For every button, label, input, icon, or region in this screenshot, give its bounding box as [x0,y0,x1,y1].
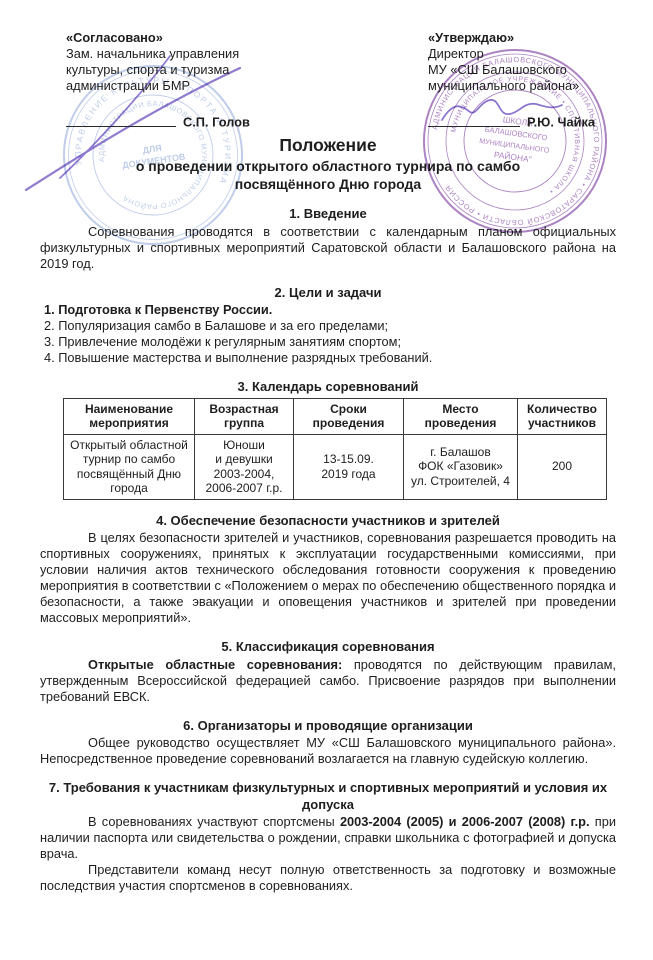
section-heading: 3. Календарь соревнований [40,379,616,396]
document-title: Положение [40,134,616,156]
paragraph: В целях безопасности зрителей и участник… [40,530,616,626]
paragraph: Общее руководство осуществляет МУ «СШ Ба… [40,735,616,767]
approval-line: МУ «СШ Балашовского [428,62,628,78]
paragraph: Открытые областные соревнования: проводя… [40,657,616,705]
approval-line: администрации БМР [66,78,276,94]
approval-line: муниципального района» [428,78,628,94]
section-calendar: 3. Календарь соревнований Наименование м… [40,379,616,500]
section-heading: 7. Требования к участникам физкультурных… [40,780,616,813]
column-header: Наименование мероприятия [64,398,195,434]
signature-row: Р.Ю. Чайка [428,114,628,131]
table-header-row: Наименование мероприятия Возрастная груп… [64,398,607,434]
section-heading: 5. Классификация соревнования [40,639,616,656]
section-participants: 7. Требования к участникам физкультурных… [40,780,616,894]
table-row: Открытый областной турнир по самбо посвя… [64,434,607,499]
signature-line [66,114,176,127]
section-safety: 4. Обеспечение безопасности участников и… [40,513,616,627]
signer-name: Р.Ю. Чайка [527,115,595,130]
table-cell: г. Балашов ФОК «Газовик» ул. Строителей,… [404,434,518,499]
signature-row: С.П. Голов [66,114,276,131]
column-header: Возрастная группа [195,398,294,434]
section-organizers: 6. Организаторы и проводящие организации… [40,718,616,768]
goal-item: 4. Повышение мастерства и выполнение раз… [40,350,616,366]
goal-item: 3. Привлечение молодёжи к регулярным зан… [40,334,616,350]
table-cell: Юноши и девушки 2003-2004, 2006-2007 г.р… [195,434,294,499]
paragraph-bold-run: 2003-2004 (2005) и 2006-2007 (2008) г.р. [340,814,590,829]
approval-line: Зам. начальника управления [66,46,276,62]
table-cell: 13-15.09. 2019 года [294,434,404,499]
approvals-header: «Согласовано» Зам. начальника управления… [40,30,616,126]
section-heading: 6. Организаторы и проводящие организации [40,718,616,735]
column-header: Место проведения [404,398,518,434]
section-heading: 1. Введение [40,206,616,223]
approval-line: Директор [428,46,628,62]
section-goals: 2. Цели и задачи 1. Подготовка к Первенс… [40,285,616,367]
goal-item: 1. Подготовка к Первенству России. [40,302,616,318]
section-heading: 4. Обеспечение безопасности участников и… [40,513,616,530]
column-header: Количество участников [518,398,607,434]
document-subtitle: о проведении открытого областного турнир… [40,158,616,193]
title-block: Положение о проведении открытого областн… [40,134,616,193]
signature-line [428,114,520,127]
approval-line: культуры, спорта и туризма [66,62,276,78]
section-heading: 2. Цели и задачи [40,285,616,302]
paragraph: Соревнования проводятся в соответствии с… [40,224,616,272]
paragraph: Представители команд несут полную ответс… [40,862,616,894]
signer-name: С.П. Голов [183,115,250,130]
paragraph-text: В соревнованиях участвуют спортсмены [88,814,340,829]
calendar-table: Наименование мероприятия Возрастная груп… [63,398,607,500]
paragraph-bold-lead: Открытые областные соревнования: [88,657,342,672]
section-introduction: 1. Введение Соревнования проводятся в со… [40,206,616,272]
agreed-block: «Согласовано» Зам. начальника управления… [66,30,276,131]
section-classification: 5. Классификация соревнования Открытые о… [40,639,616,705]
table-cell: Открытый областной турнир по самбо посвя… [64,434,195,499]
paragraph: В соревнованиях участвуют спортсмены 200… [40,814,616,862]
approved-label: «Утверждаю» [428,30,628,46]
agreed-label: «Согласовано» [66,30,276,46]
goal-item: 2. Популяризация самбо в Балашове и за е… [40,318,616,334]
approved-block: «Утверждаю» Директор МУ «СШ Балашовского… [428,30,628,131]
column-header: Сроки проведения [294,398,404,434]
table-cell: 200 [518,434,607,499]
document-page: УПРАВЛЕНИЕ КУЛЬТУРЫ, СПОРТА И ТУРИЗМА АД… [0,0,653,960]
